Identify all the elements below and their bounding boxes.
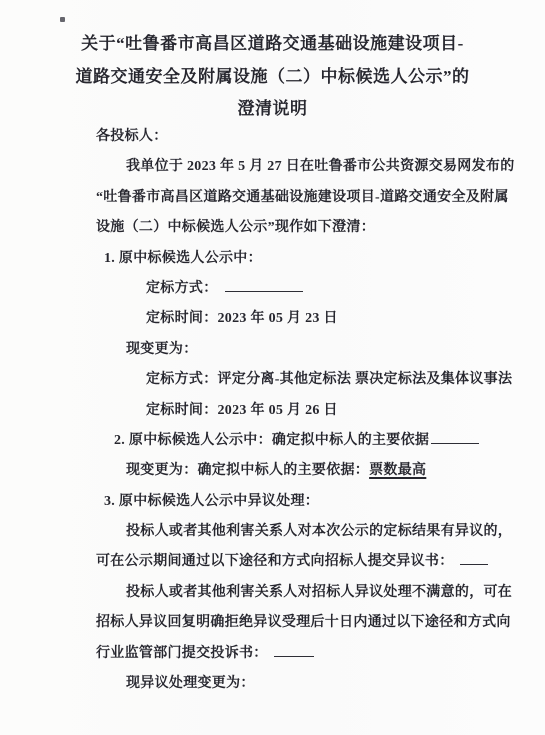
item3-para2-line1: 投标人或者其他利害关系人对招标人异议处理不满意的，可在 xyxy=(96,578,500,608)
item1-time-new: 定标时间：2023 年 05 月 26 日 xyxy=(96,396,500,426)
blank-underline xyxy=(460,551,488,565)
item2-heading-text: 2. 原中标候选人公示中：确定拟中标人的主要依据 xyxy=(114,433,429,448)
item3-para2-line2: 招标人异议回复明确拒绝异议受理后十日内通过以下途径和方式向 xyxy=(96,608,500,638)
item3-para1-line1: 投标人或者其他利害关系人对本次公示的定标结果有异议的， xyxy=(96,517,500,547)
intro-line-1: 我单位于 2023 年 5 月 27 日在吐鲁番市公共资源交易网发布的 xyxy=(96,152,500,182)
title-line-2: 道路交通安全及附属设施（二）中标候选人公示”的 xyxy=(0,61,545,94)
document-body: 各投标人： 我单位于 2023 年 5 月 27 日在吐鲁番市公共资源交易网发布… xyxy=(96,122,500,699)
item2-change-value: 票数最高 xyxy=(369,463,426,478)
item1-method-label: 定标方式： xyxy=(146,281,218,296)
item2-heading: 2. 原中标候选人公示中：确定拟中标人的主要依据 xyxy=(96,426,500,456)
item1-method-original: 定标方式： xyxy=(96,274,500,304)
document-title: 关于“吐鲁番市高昌区道路交通基础设施建设项目- 道路交通安全及附属设施（二）中标… xyxy=(0,28,545,126)
title-line-3: 澄清说明 xyxy=(0,93,545,126)
item3-para2-line3: 行业监管部门提交投诉书： xyxy=(96,639,500,669)
intro-line-2: “吐鲁番市高昌区道路交通基础设施建设项目-道路交通安全及附属 xyxy=(96,183,500,213)
title-line-1: 关于“吐鲁番市高昌区道路交通基础设施建设项目- xyxy=(0,28,545,61)
item1-time-original: 定标时间：2023 年 05 月 23 日 xyxy=(96,304,500,334)
item2-change-prefix: 现变更为：确定拟中标人的主要依据： xyxy=(126,463,369,478)
item2-change: 现变更为：确定拟中标人的主要依据：票数最高 xyxy=(96,456,500,486)
blank-underline xyxy=(225,278,303,292)
item1-method-new: 定标方式：评定分离-其他定标法 票决定标法及集体议事法 xyxy=(96,365,500,395)
blank-underline xyxy=(274,643,314,657)
intro-line-3: 设施（二）中标候选人公示”现作如下澄清： xyxy=(96,213,500,243)
item1-change-label: 现变更为： xyxy=(96,335,500,365)
item3-para1-line2: 可在公示期间通过以下途径和方式向招标人提交异议书： xyxy=(96,547,500,577)
item3-para1-line2-text: 可在公示期间通过以下途径和方式向招标人提交异议书： xyxy=(96,554,454,569)
item3-para2-line3-text: 行业监管部门提交投诉书： xyxy=(96,646,268,661)
scan-artifact-dot xyxy=(60,17,65,22)
item3-heading: 3. 原中标候选人公示中异议处理： xyxy=(96,487,500,517)
item3-change-label: 现异议处理变更为： xyxy=(96,669,500,699)
salutation: 各投标人： xyxy=(96,122,500,152)
blank-underline xyxy=(431,430,479,444)
item1-heading: 1. 原中标候选人公示中： xyxy=(96,244,500,274)
document-page: 关于“吐鲁番市高昌区道路交通基础设施建设项目- 道路交通安全及附属设施（二）中标… xyxy=(0,0,545,735)
